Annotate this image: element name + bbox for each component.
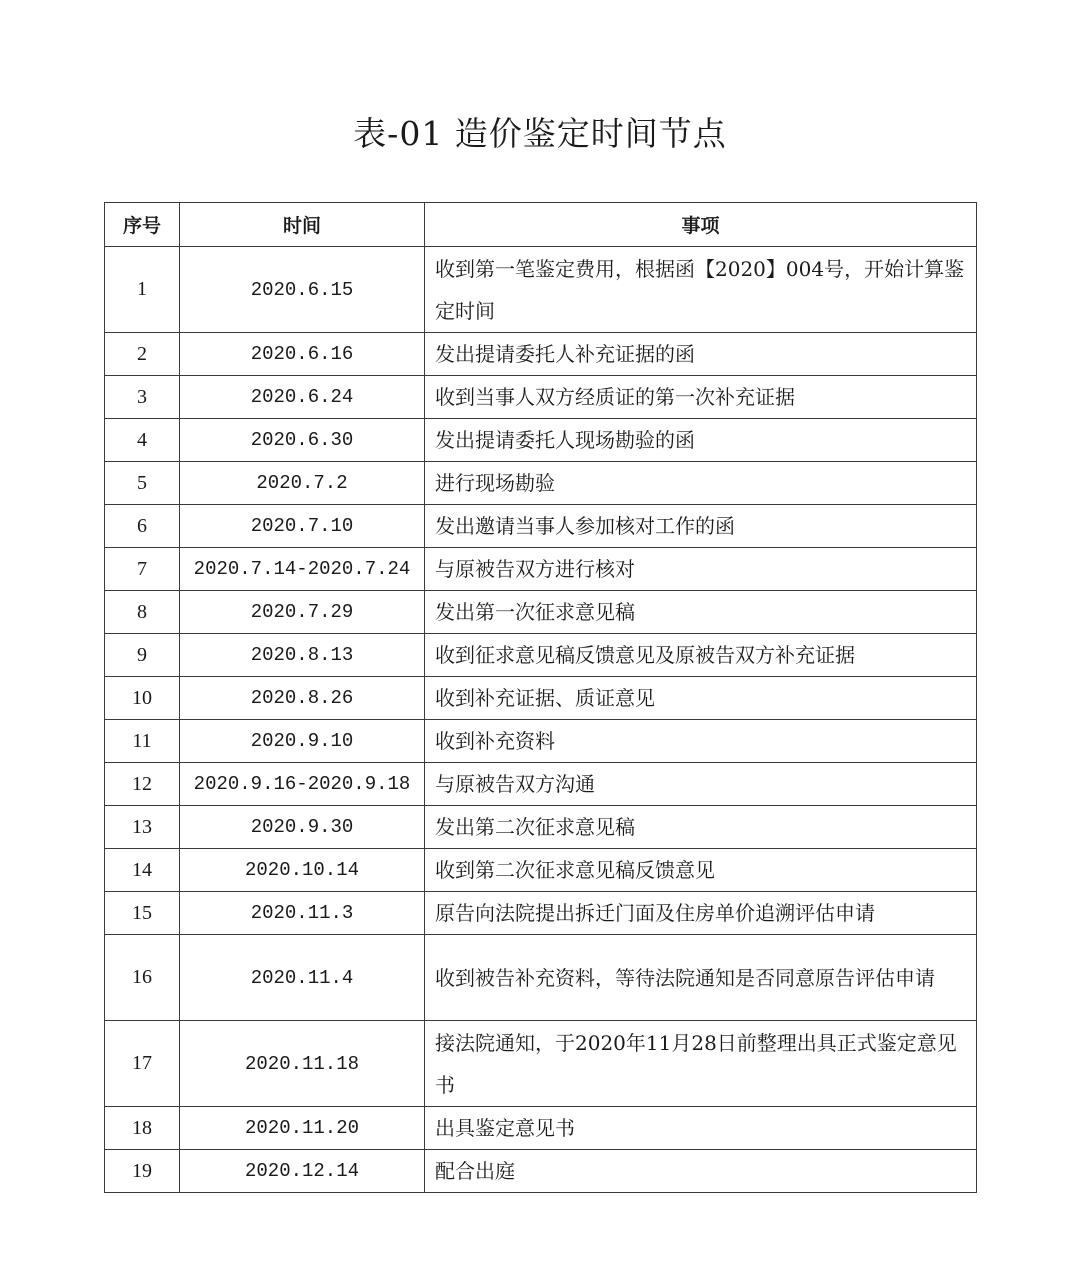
row-date: 2020.12.14 [180, 1150, 425, 1193]
row-item: 原告向法院提出拆迁门面及住房单价追溯评估申请 [425, 892, 977, 935]
row-index: 8 [105, 591, 180, 634]
table-row: 8 2020.7.29 发出第一次征求意见稿 [105, 591, 977, 634]
row-item: 收到补充资料 [425, 720, 977, 763]
table-row: 15 2020.11.3 原告向法院提出拆迁门面及住房单价追溯评估申请 [105, 892, 977, 935]
row-item: 收到第二次征求意见稿反馈意见 [425, 849, 977, 892]
row-date: 2020.9.10 [180, 720, 425, 763]
table-row: 2 2020.6.16 发出提请委托人补充证据的函 [105, 333, 977, 376]
row-item: 发出提请委托人补充证据的函 [425, 333, 977, 376]
row-date: 2020.8.13 [180, 634, 425, 677]
row-date: 2020.7.2 [180, 462, 425, 505]
row-index: 2 [105, 333, 180, 376]
document-title: 表-01 造价鉴定时间节点 [0, 108, 1080, 155]
table-header-row: 序号 时间 事项 [105, 203, 977, 247]
row-item: 收到当事人双方经质证的第一次补充证据 [425, 376, 977, 419]
row-item: 出具鉴定意见书 [425, 1107, 977, 1150]
row-date: 2020.6.30 [180, 419, 425, 462]
row-index: 15 [105, 892, 180, 935]
row-date: 2020.11.4 [180, 935, 425, 1021]
row-date: 2020.6.15 [180, 247, 425, 333]
table-row: 13 2020.9.30 发出第二次征求意见稿 [105, 806, 977, 849]
table-row: 17 2020.11.18 接法院通知，于2020年11月28日前整理出具正式鉴… [105, 1021, 977, 1107]
row-item: 配合出庭 [425, 1150, 977, 1193]
row-date: 2020.11.3 [180, 892, 425, 935]
row-item: 发出第二次征求意见稿 [425, 806, 977, 849]
row-date: 2020.6.24 [180, 376, 425, 419]
table-row: 4 2020.6.30 发出提请委托人现场勘验的函 [105, 419, 977, 462]
header-index: 序号 [105, 203, 180, 247]
row-date: 2020.7.14-2020.7.24 [180, 548, 425, 591]
row-index: 13 [105, 806, 180, 849]
row-index: 3 [105, 376, 180, 419]
row-date: 2020.11.18 [180, 1021, 425, 1107]
table-row: 18 2020.11.20 出具鉴定意见书 [105, 1107, 977, 1150]
header-item: 事项 [425, 203, 977, 247]
row-item: 发出第一次征求意见稿 [425, 591, 977, 634]
timeline-table: 序号 时间 事项 1 2020.6.15 收到第一笔鉴定费用，根据函【2020】… [104, 202, 977, 1193]
row-date: 2020.9.16-2020.9.18 [180, 763, 425, 806]
row-date: 2020.7.10 [180, 505, 425, 548]
table-row: 10 2020.8.26 收到补充证据、质证意见 [105, 677, 977, 720]
table-row: 11 2020.9.10 收到补充资料 [105, 720, 977, 763]
table-row: 5 2020.7.2 进行现场勘验 [105, 462, 977, 505]
row-item: 收到补充证据、质证意见 [425, 677, 977, 720]
table-row: 19 2020.12.14 配合出庭 [105, 1150, 977, 1193]
table-row: 14 2020.10.14 收到第二次征求意见稿反馈意见 [105, 849, 977, 892]
row-date: 2020.6.16 [180, 333, 425, 376]
row-date: 2020.9.30 [180, 806, 425, 849]
row-item: 发出邀请当事人参加核对工作的函 [425, 505, 977, 548]
table-row: 3 2020.6.24 收到当事人双方经质证的第一次补充证据 [105, 376, 977, 419]
table-row: 9 2020.8.13 收到征求意见稿反馈意见及原被告双方补充证据 [105, 634, 977, 677]
row-index: 16 [105, 935, 180, 1021]
row-date: 2020.8.26 [180, 677, 425, 720]
table-row: 12 2020.9.16-2020.9.18 与原被告双方沟通 [105, 763, 977, 806]
row-index: 6 [105, 505, 180, 548]
row-index: 10 [105, 677, 180, 720]
row-item: 收到被告补充资料，等待法院通知是否同意原告评估申请 [425, 935, 977, 1021]
row-index: 7 [105, 548, 180, 591]
table-row: 7 2020.7.14-2020.7.24 与原被告双方进行核对 [105, 548, 977, 591]
row-item: 进行现场勘验 [425, 462, 977, 505]
row-index: 19 [105, 1150, 180, 1193]
row-item: 发出提请委托人现场勘验的函 [425, 419, 977, 462]
row-item: 收到征求意见稿反馈意见及原被告双方补充证据 [425, 634, 977, 677]
row-item: 与原被告双方进行核对 [425, 548, 977, 591]
row-index: 4 [105, 419, 180, 462]
row-index: 17 [105, 1021, 180, 1107]
row-index: 18 [105, 1107, 180, 1150]
row-index: 14 [105, 849, 180, 892]
header-date: 时间 [180, 203, 425, 247]
row-index: 1 [105, 247, 180, 333]
table-row: 1 2020.6.15 收到第一笔鉴定费用，根据函【2020】004号，开始计算… [105, 247, 977, 333]
row-date: 2020.10.14 [180, 849, 425, 892]
row-index: 9 [105, 634, 180, 677]
row-item: 收到第一笔鉴定费用，根据函【2020】004号，开始计算鉴定时间 [425, 247, 977, 333]
row-index: 12 [105, 763, 180, 806]
row-item: 与原被告双方沟通 [425, 763, 977, 806]
row-index: 11 [105, 720, 180, 763]
row-date: 2020.7.29 [180, 591, 425, 634]
row-item: 接法院通知，于2020年11月28日前整理出具正式鉴定意见书 [425, 1021, 977, 1107]
row-date: 2020.11.20 [180, 1107, 425, 1150]
table-row: 6 2020.7.10 发出邀请当事人参加核对工作的函 [105, 505, 977, 548]
table-row: 16 2020.11.4 收到被告补充资料，等待法院通知是否同意原告评估申请 [105, 935, 977, 1021]
row-index: 5 [105, 462, 180, 505]
